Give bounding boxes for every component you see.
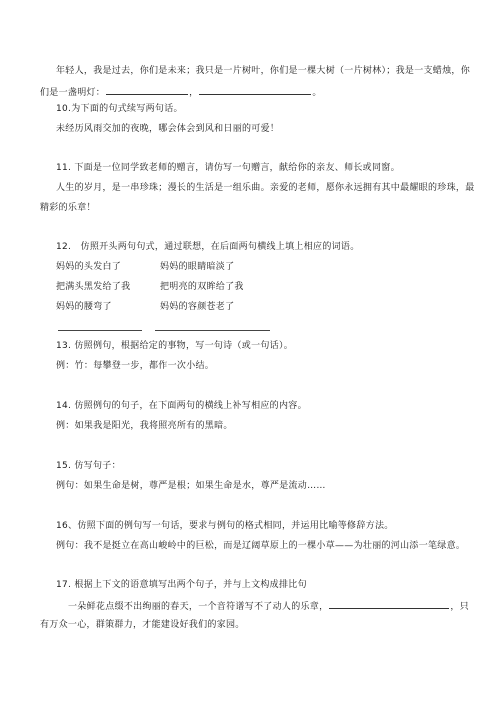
question-12-row-3-left: 妈妈的腰弯了 xyxy=(56,301,112,313)
question-10-title: 10.为下面的句式续写两句话。 xyxy=(56,103,183,115)
question-12-row-1-left: 妈妈的头发白了 xyxy=(56,261,121,273)
question-17-line-1: 一朵鲜花点缀不出绚丽的春天，一个音符谱写不了动人的乐章，，只 xyxy=(68,599,469,613)
question-17-line-1-prefix: 一朵鲜花点缀不出绚丽的春天，一个音符谱写不了动人的乐章， xyxy=(68,602,328,612)
question-12-row-1-right: 妈妈的眼睛暗淡了 xyxy=(160,261,234,273)
intro-separator: ， xyxy=(189,88,198,98)
question-11-title: 11. 下面是一位同学致老师的赠言，请仿写一句赠言，献给你的亲友、师长或同窗。 xyxy=(56,162,400,174)
answer-blank-1[interactable] xyxy=(106,85,188,95)
answer-blank-q12-right[interactable] xyxy=(155,330,270,331)
question-13-title: 13. 仿照例句，根据给定的事物，写一句诗（或一句话）。 xyxy=(56,340,293,352)
question-15-title: 15. 仿写句子： xyxy=(56,460,121,472)
question-15-example: 例句：如果生命是树，尊严是根；如果生命是水，尊严是流动…… xyxy=(56,480,326,492)
question-16-example: 例句：我不是挺立在高山峻岭中的巨松，而是辽阔草原上的一棵小草——为壮丽的河山添一… xyxy=(56,540,465,552)
intro-end: 。 xyxy=(312,88,321,98)
intro-line-2: 们是一盏明灯：，。 xyxy=(40,85,322,99)
question-12-row-2-left: 把满头黑发给了我 xyxy=(56,281,130,293)
question-12-row-2-right: 把明亮的双眸给了我 xyxy=(160,281,244,293)
question-12-row-3-right: 妈妈的容颜苍老了 xyxy=(160,301,234,313)
question-14-title: 14. 仿照例句的句子，在下面两句的横线上补写相应的内容。 xyxy=(56,400,307,412)
question-17-line-2: 有万众一心，群策群力，才能建设好我们的家园。 xyxy=(40,619,245,631)
question-17-line-1-suffix: ，只 xyxy=(450,602,469,612)
question-11-example-line-1: 人生的岁月，是一串珍珠；漫长的生活是一组乐曲。亲爱的老师，愿你永远拥有其中最耀眼… xyxy=(56,182,475,194)
question-11-example-line-2: 精彩的乐章！ xyxy=(40,202,96,214)
question-17-title: 17. 根据上下文的语意填写出两个句子，并与上文构成排比句 xyxy=(56,579,307,591)
question-14-example: 例：如果我是阳光，我将照亮所有的黑暗。 xyxy=(56,420,233,432)
question-13-example: 例：竹：每攀登一步，都作一次小结。 xyxy=(56,360,214,372)
question-12-title: 12. 仿照开头两句句式，通过联想，在后面两句横线上填上相应的词语。 xyxy=(56,241,360,253)
intro-line-2-prefix: 们是一盏明灯： xyxy=(40,88,105,98)
question-10-example: 未经历风雨交加的夜晚，哪会体会到风和日丽的可爱！ xyxy=(56,123,279,135)
intro-line-1: 年轻人，我是过去，你们是未来；我只是一片树叶，你们是一棵大树（一片树林）；我是一… xyxy=(56,65,470,77)
question-16-title: 16、仿照下面的例句写一句话，要求与例句的格式相同，并运用比喻等修辞方法。 xyxy=(56,520,394,532)
answer-blank-q17[interactable] xyxy=(329,599,449,609)
answer-blank-2[interactable] xyxy=(199,85,311,95)
answer-blank-q12-left[interactable] xyxy=(58,330,142,331)
